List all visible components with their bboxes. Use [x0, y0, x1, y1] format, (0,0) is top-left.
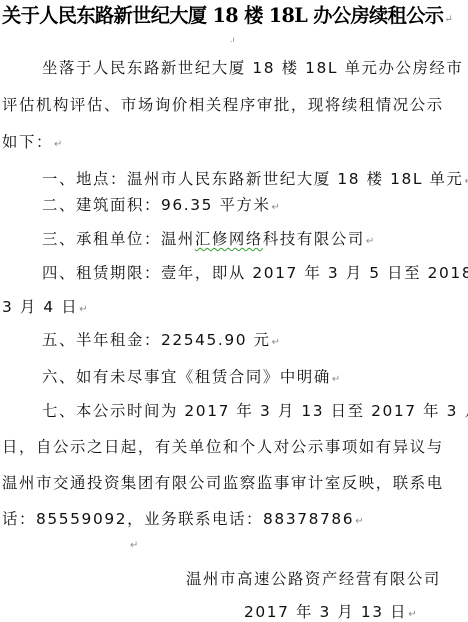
document-title: 关于人民东路新世纪大厦 18 楼 18L 办公房续租公示↵: [2, 4, 452, 32]
item-value: 本公示时间为 2017 年 3 月 13 日至 2017 年 3 月 17: [76, 402, 468, 420]
paragraph-mark-icon: ↵: [271, 202, 281, 213]
item-value: 96.35 平方米: [161, 196, 271, 214]
signature-company: 温州市高速公路资产经营有限公司: [186, 570, 441, 588]
item-label: 三、承租单位：: [42, 230, 161, 248]
paragraph-mark-icon: ↵: [366, 236, 376, 247]
item-notice-period: 七、本公示时间为 2017 年 3 月 13 日至 2017 年 3 月 17: [42, 402, 468, 420]
signature-date-text: 2017 年 3 月 13 日: [244, 603, 407, 621]
empty-paragraph-mark-icon: .ı: [230, 36, 235, 44]
item-notice-line-4-text: 话：85559092，业务联系电话：88378786: [2, 510, 354, 528]
paragraph-mark-icon: ↵: [408, 609, 418, 620]
item-notice-line-4: 话：85559092，业务联系电话：88378786↵: [2, 510, 365, 531]
paragraph-mark-icon: ↵: [444, 14, 452, 25]
paragraph-mark-icon: ↵: [272, 337, 282, 348]
item-label: 六、: [42, 368, 76, 386]
paragraph-mark-icon: ↵: [79, 304, 89, 315]
item-value: 如有未尽事宜《租赁合同》中明确: [76, 368, 331, 386]
item-value: 22545.90 元: [161, 331, 271, 349]
item-value-prefix: 温州: [161, 230, 195, 248]
paragraph-mark-icon: ↵: [54, 139, 64, 150]
signature-date: 2017 年 3 月 13 日↵: [244, 603, 418, 622]
item-label: 七、: [42, 402, 76, 420]
empty-paragraph-mark-icon: ↵: [130, 540, 138, 551]
item-label: 二、建筑面积：: [42, 196, 161, 214]
item-value: 温州市人民东路新世纪大厦 18 楼 18L 单元: [127, 170, 464, 188]
item-value-suffix: 科技有限公司: [263, 230, 365, 248]
item-label: 五、半年租金：: [42, 331, 161, 349]
item-rent: 五、半年租金：22545.90 元↵: [42, 331, 282, 352]
item-value-cont: 3 月 4 日: [2, 298, 78, 316]
item-lease-term: 四、租赁期限：壹年，即从 2017 年 3 月 5 日至 2018 年: [42, 264, 468, 282]
item-label: 四、租赁期限：: [42, 264, 161, 282]
grammar-flagged-text[interactable]: 汇修网络: [195, 230, 263, 248]
item-area: 二、建筑面积：96.35 平方米↵: [42, 196, 281, 217]
intro-line-3: 如下：↵: [2, 133, 64, 154]
item-notice-line-2: 日，自公示之日起，有关单位和个人对公示事项如有异议与: [2, 438, 444, 456]
item-location: 一、地点：温州市人民东路新世纪大厦 18 楼 18L 单元↵: [42, 170, 468, 191]
title-text: 关于人民东路新世纪大厦 18 楼 18L 办公房续租公示: [2, 4, 443, 27]
item-lease-term-cont: 3 月 4 日↵: [2, 298, 89, 319]
item-notice-line-3: 温州市交通投资集团有限公司监察监事审计室反映，联系电: [2, 474, 444, 492]
item-value: 壹年，即从 2017 年 3 月 5 日至 2018 年: [161, 264, 468, 282]
paragraph-mark-icon: ↵: [355, 516, 365, 527]
intro-line-2: 评估机构评估、市场询价相关程序审批，现将续租情况公示: [2, 96, 444, 114]
document-page: 关于人民东路新世纪大厦 18 楼 18L 办公房续租公示↵ .ı 坐落于人民东路…: [0, 0, 468, 622]
intro-line-1: 坐落于人民东路新世纪大厦 18 楼 18L 单元办公房经市: [42, 59, 464, 77]
intro-line-3-text: 如下：: [2, 133, 53, 151]
paragraph-mark-icon: ↵: [465, 176, 468, 187]
item-tenant: 三、承租单位：温州汇修网络科技有限公司↵: [42, 230, 376, 251]
item-other: 六、如有未尽事宜《租赁合同》中明确↵: [42, 368, 342, 389]
paragraph-mark-icon: ↵: [332, 374, 342, 385]
item-label: 一、地点：: [42, 170, 127, 188]
